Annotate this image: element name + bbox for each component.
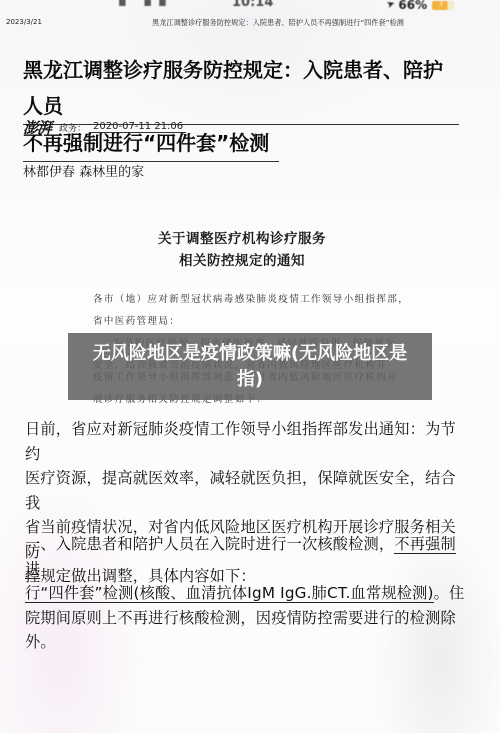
signal-icon: ▪ ▪▪ [118,0,173,10]
body-text: 一、入院患者和陪护人员在入院时进行一次核酸检测， [25,535,394,553]
battery-charging-icon [432,1,454,10]
status-time: 10:14 [232,0,273,10]
body-paragraph-2: 一、入院患者和陪护人员在入院时进行一次核酸检测，不再强制进 行“四件套”检测(核… [25,532,465,655]
location-arrow-icon: ➤ [385,0,398,13]
publish-time: 2020-07-11 21:06 [89,121,186,133]
scanned-notice-title-1: 关于调整医疗机构诊疗服务 [0,229,492,250]
body-line: 医疗资源，提高就医效率，减轻就医负担，保障就医安全，结合我 [25,466,465,515]
print-page-title: 黑龙江调整诊疗服务防控规定：入院患者、陪护人员不再强制进行“四件套”检测 [152,18,404,28]
article-title-line-1: 黑龙江调整诊疗服务防控规定：入院患者、陪护人员 [23,52,459,125]
headline-overlay-banner[interactable]: 无风险地区是疫情政策嘛(无风险地区是指) [68,333,432,400]
scanned-notice-line: 省中医药管理局： [93,313,180,327]
body-line: 日前，省应对新冠肺炎疫情工作领导小组指挥部发出通知：为节约 [25,417,465,466]
print-date: 2023/3/21 [6,18,42,26]
article-title: 黑龙江调整诊疗服务防控规定：入院患者、陪护人员 不再强制进行“四件套”检测 [23,52,463,162]
print-header: 2023/3/21 黑龙江调整诊疗服务防控规定：入院患者、陪护人员不再强制进行“… [0,18,500,32]
publisher-name: 林都伊春 森林里的家 [23,161,144,180]
phone-status-bar: ▪ ▪▪ 10:14 ➤ 66% [0,0,500,14]
overlay-headline: 无风险地区是疫情政策嘛(无风险地区是指) [80,341,420,393]
scanned-notice-line: 各市（地）应对新型冠状病毒感染肺炎疫情工作领导小组指挥部， [93,291,409,305]
body-line: 行“四件套”检测(核酸、血清抗体IgM IgG.肺CT.血常规检测)。住 [25,581,465,606]
battery-percent: 66% [398,0,427,12]
scanned-notice-title-2: 相关防控规定的通知 [0,251,492,272]
underlined-text: 行“四件套”检测(核酸、血清抗体IgM IgG.肺CT.血常规检测) [25,584,434,603]
body-line: 院期间原则上不再进行核酸检测，因疫情防控需要进行的检测除 [25,606,465,631]
body-text: 。住 [434,584,465,602]
status-right-group: ➤ 66% [387,0,454,12]
body-line: 一、入院患者和陪护人员在入院时进行一次核酸检测，不再强制进 [25,532,465,581]
body-line: 外。 [25,630,465,655]
source-section: 政务： [59,121,86,134]
article-source-row: 澎湃 政务： 2020-07-11 21:06 [23,116,186,138]
thepaper-logo: 澎湃 [23,117,51,138]
